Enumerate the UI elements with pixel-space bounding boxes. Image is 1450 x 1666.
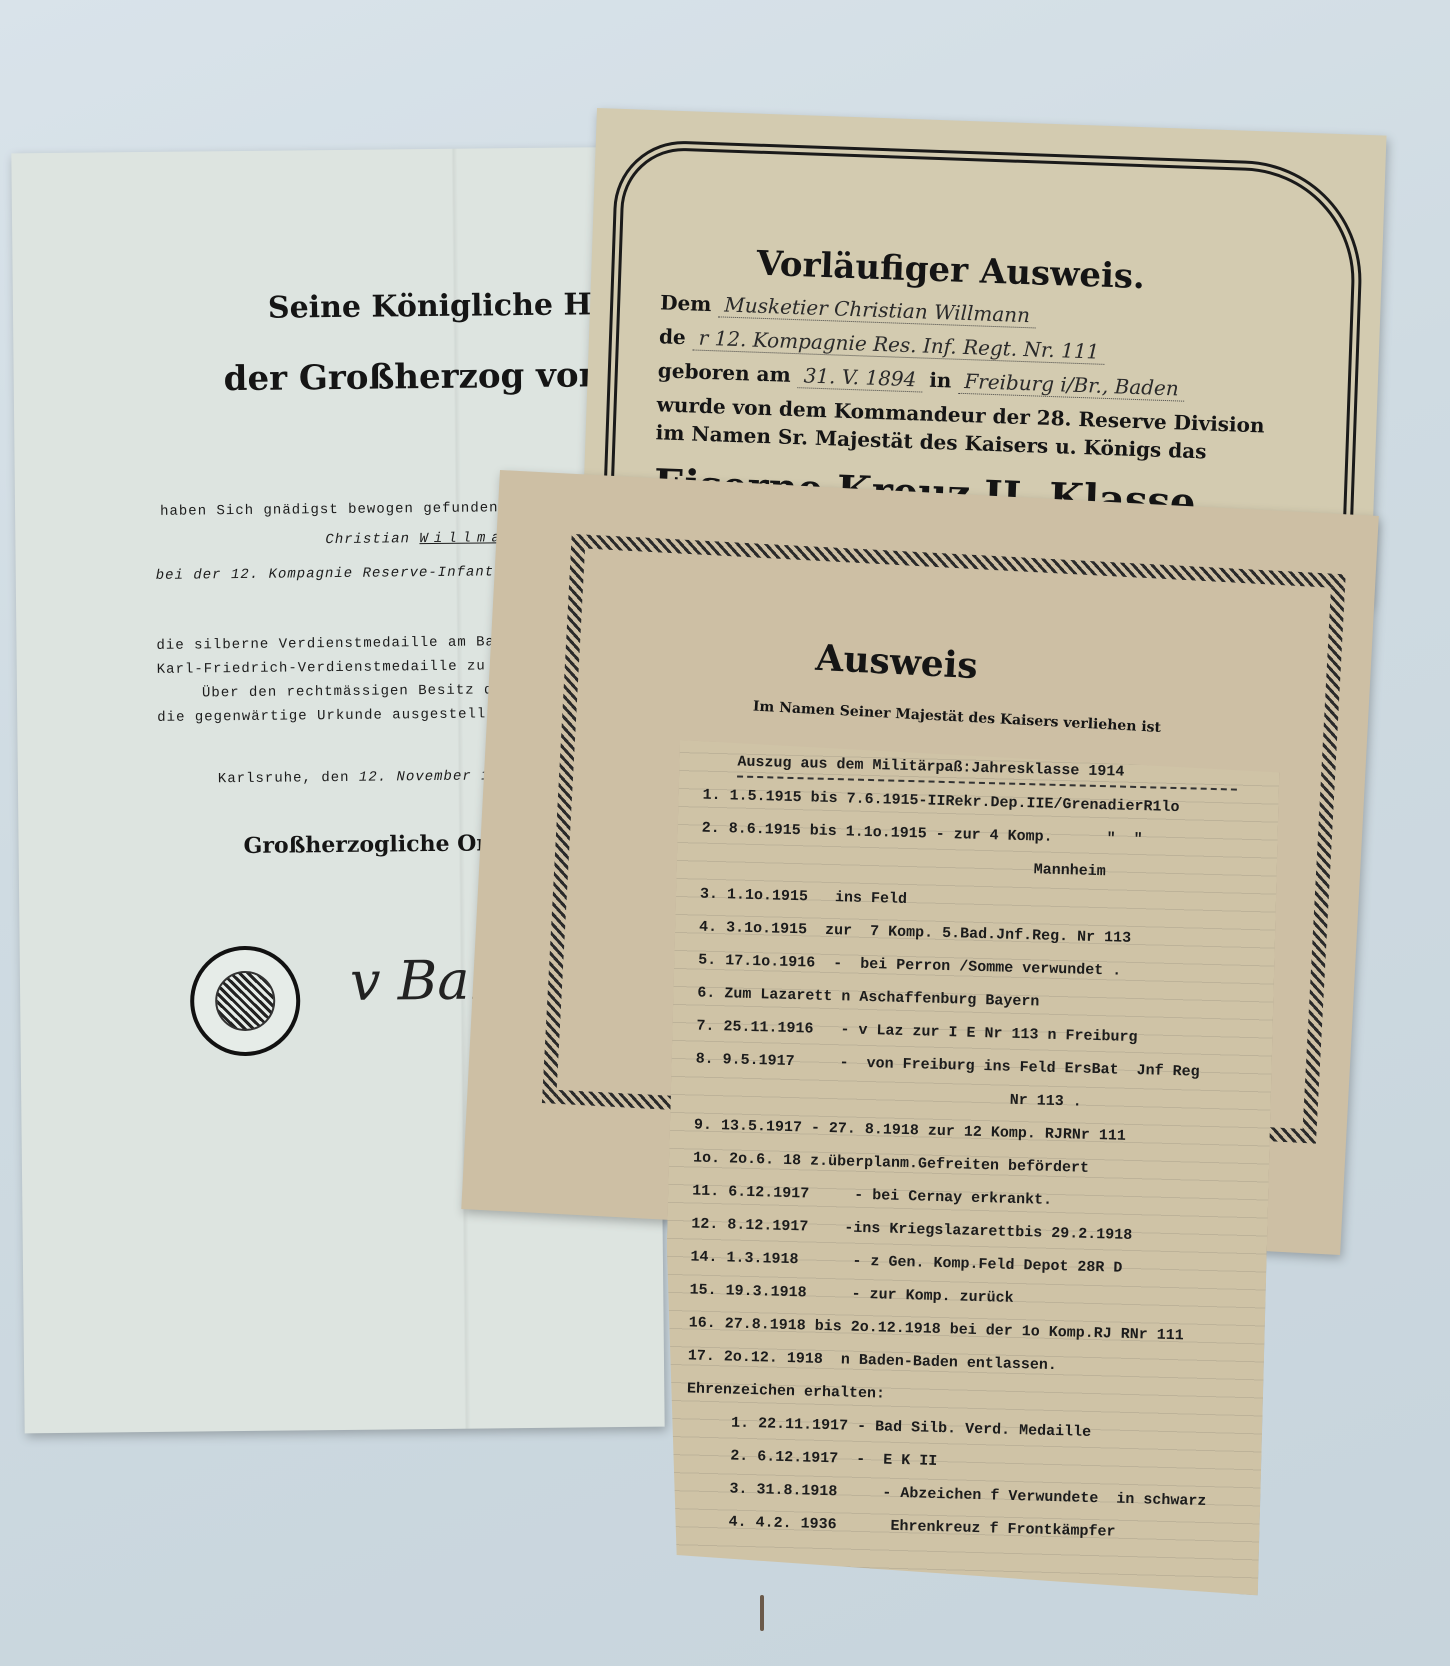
divider (737, 776, 1237, 791)
pass-entry: 1. 22.11.1917 - Bad Silb. Verd. Medaille (686, 1413, 1091, 1441)
certificate-body-line: bei der 12. Kompagnie Reserve-Infanterie (156, 564, 532, 584)
pass-entry: 17. 2o.12. 1918 n Baden-Baden entlassen. (688, 1347, 1057, 1374)
document-title: Ausweis (815, 637, 979, 687)
pass-entry: 3. 31.8.1918 - Abzeichen f Verwundete in… (684, 1479, 1206, 1510)
pass-entry: 8. 9.5.1917 - von Freiburg ins Feld ErsB… (695, 1051, 1199, 1081)
certificate-body-line: die gegenwärtige Urkunde ausgestellt. (157, 706, 505, 726)
pass-entry: 11. 6.12.1917 - bei Cernay erkrankt. (692, 1182, 1052, 1208)
pass-entry: 5. 17.1o.1916 - bei Perron /Somme verwun… (698, 952, 1121, 980)
pass-entry: 2. 8.6.1915 bis 1.1o.1915 - zur 4 Komp. … (701, 820, 1142, 849)
pass-entry: 14. 1.3.1918 - z Gen. Komp.Feld Depot 28… (690, 1248, 1122, 1276)
pass-entry: 4. 3.1o.1915 zur 7 Komp. 5.Bad.Jnf.Reg. … (699, 919, 1131, 947)
certificate-body-line: haben Sich gnädigst bewogen gefunden, de… (160, 500, 546, 520)
military-pass-extract: Auszug aus dem Militärpaß:Jahresklasse 1… (658, 740, 1280, 1595)
pass-entry: 15. 19.3.1918 - zur Komp. zurück (689, 1281, 1013, 1306)
pass-entry: 9. 13.5.1917 - 27. 8.1918 zur 12 Komp. R… (694, 1116, 1126, 1144)
pass-entry: 2. 6.12.1917 - E K II (685, 1446, 937, 1470)
place-date: Karlsruhe, den 12. November 19 (218, 768, 500, 787)
pin-mark (760, 1595, 764, 1631)
pass-entry: Ehrenzeichen erhalten: (687, 1380, 885, 1402)
pass-entry: 1o. 2o.6. 18 z.überplanm.Gefreiten beför… (693, 1149, 1089, 1176)
coat-of-arms-icon (215, 971, 276, 1032)
pass-entry: 6. Zum Lazarett n Aschaffenburg Bayern (697, 985, 1039, 1011)
certificate-body-line: die silberne Verdienstmedaille am Bande (156, 634, 523, 654)
pass-entry: Mannheim (701, 853, 1106, 881)
pass-entry: Nr 113 . (695, 1084, 1082, 1111)
ordenskanzlei-seal-icon (190, 945, 301, 1056)
pass-entry: 16. 27.8.1918 bis 2o.12.1918 bei der 1o … (689, 1314, 1184, 1344)
pass-entry: 12. 8.12.1917 -ins Kriegslazarettbis 29.… (691, 1215, 1132, 1244)
pass-entry: 1. 1.5.1915 bis 7.6.1915-IIRekr.Dep.IIE/… (702, 787, 1179, 816)
pass-entry: 3. 1.1o.1915 ins Feld (700, 886, 907, 908)
pass-entry: 7. 25.11.1916 - v Laz zur I E Nr 113 n F… (696, 1018, 1137, 1047)
pass-entry: 4. 4.2. 1936 Ehrenkreuz f Frontkämpfer (683, 1512, 1115, 1540)
